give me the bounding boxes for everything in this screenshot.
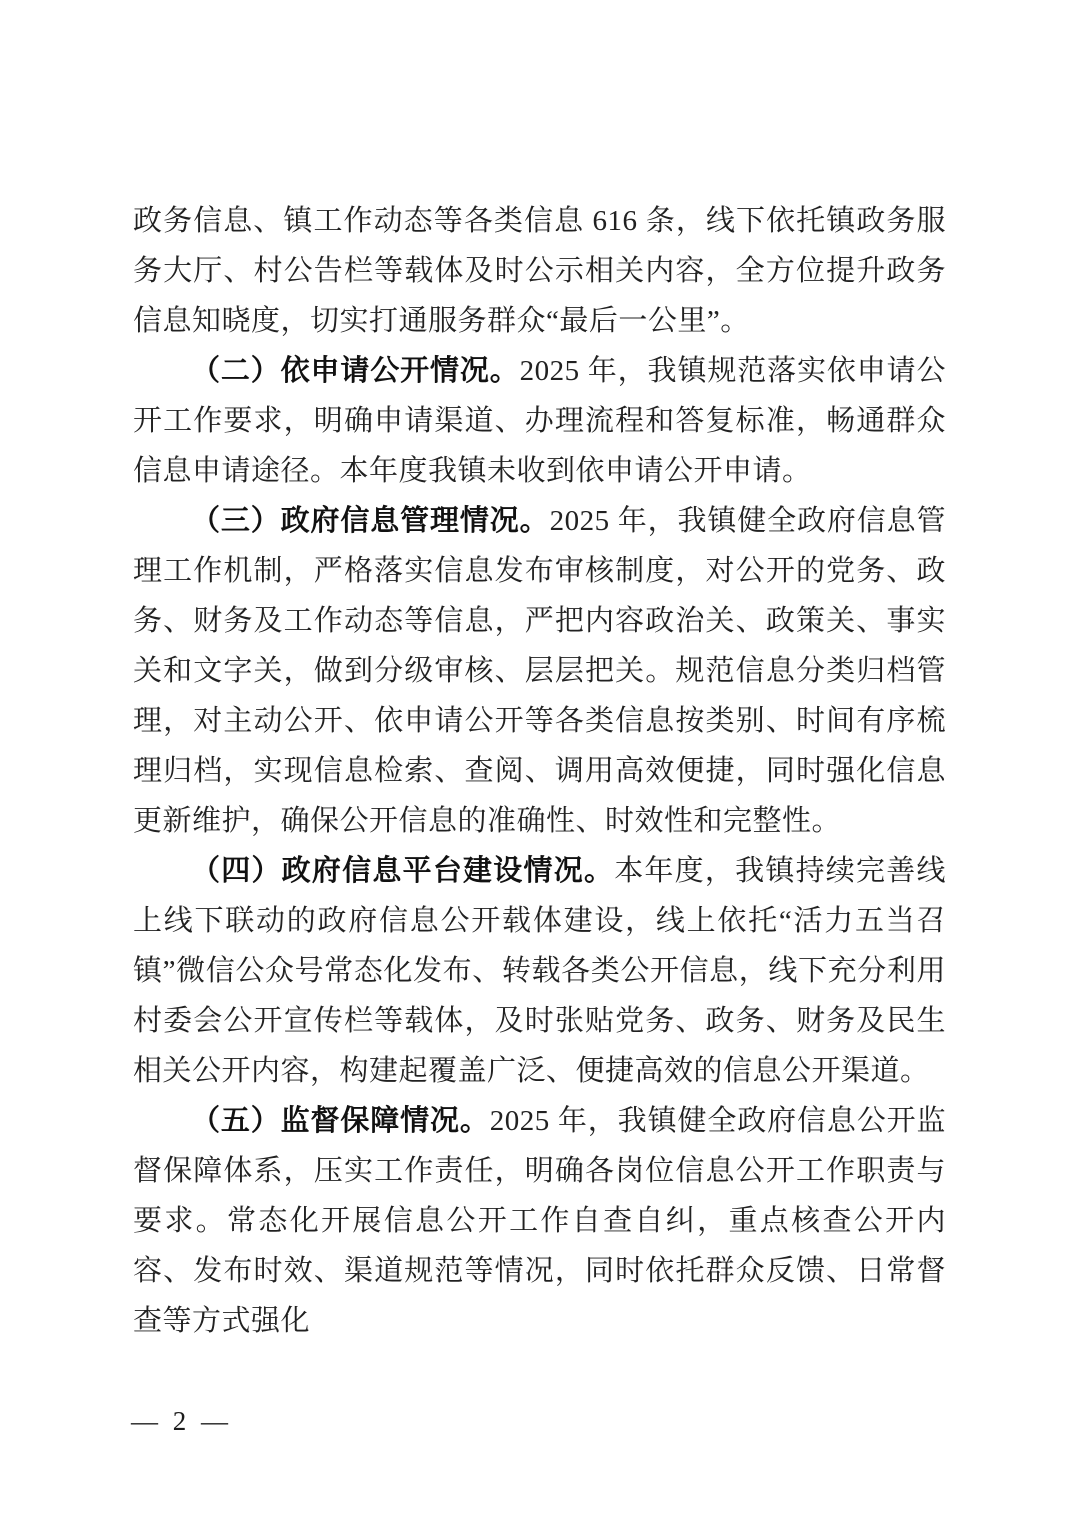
paragraph-section-4: （四）政府信息平台建设情况。本年度，我镇持续完善线上线下联动的政府信息公开载体建…	[133, 846, 946, 1096]
paragraph-text: 本年度，我镇持续完善线上线下联动的政府信息公开载体建设，线上依托“活力五当召镇”…	[133, 855, 946, 1087]
page-number: — 2 —	[131, 1406, 232, 1437]
section-heading: （三）政府信息管理情况。	[191, 505, 550, 537]
document-body: 政务信息、镇工作动态等各类信息 616 条，线下依托镇政务服务大厅、村公告栏等载…	[133, 196, 946, 1346]
paragraph-continuation: 政务信息、镇工作动态等各类信息 616 条，线下依托镇政务服务大厅、村公告栏等载…	[133, 196, 946, 346]
paragraph-text: 2025 年，我镇健全政府信息公开监督保障体系，压实工作责任，明确各岗位信息公开…	[133, 1105, 946, 1337]
paragraph-section-2: （二）依申请公开情况。2025 年，我镇规范落实依申请公开工作要求，明确申请渠道…	[133, 346, 946, 496]
paragraph-section-5: （五）监督保障情况。2025 年，我镇健全政府信息公开监督保障体系，压实工作责任…	[133, 1096, 946, 1346]
section-heading: （四）政府信息平台建设情况。	[191, 855, 614, 887]
paragraph-text: 2025 年，我镇健全政府信息管理工作机制，严格落实信息发布审核制度，对公开的党…	[133, 505, 946, 837]
paragraph-text: 政务信息、镇工作动态等各类信息 616 条，线下依托镇政务服务大厅、村公告栏等载…	[133, 205, 946, 337]
section-heading: （二）依申请公开情况。	[191, 355, 520, 387]
document-page: 政务信息、镇工作动态等各类信息 616 条，线下依托镇政务服务大厅、村公告栏等载…	[0, 0, 1074, 1520]
section-heading: （五）监督保障情况。	[191, 1105, 490, 1137]
paragraph-section-3: （三）政府信息管理情况。2025 年，我镇健全政府信息管理工作机制，严格落实信息…	[133, 496, 946, 846]
